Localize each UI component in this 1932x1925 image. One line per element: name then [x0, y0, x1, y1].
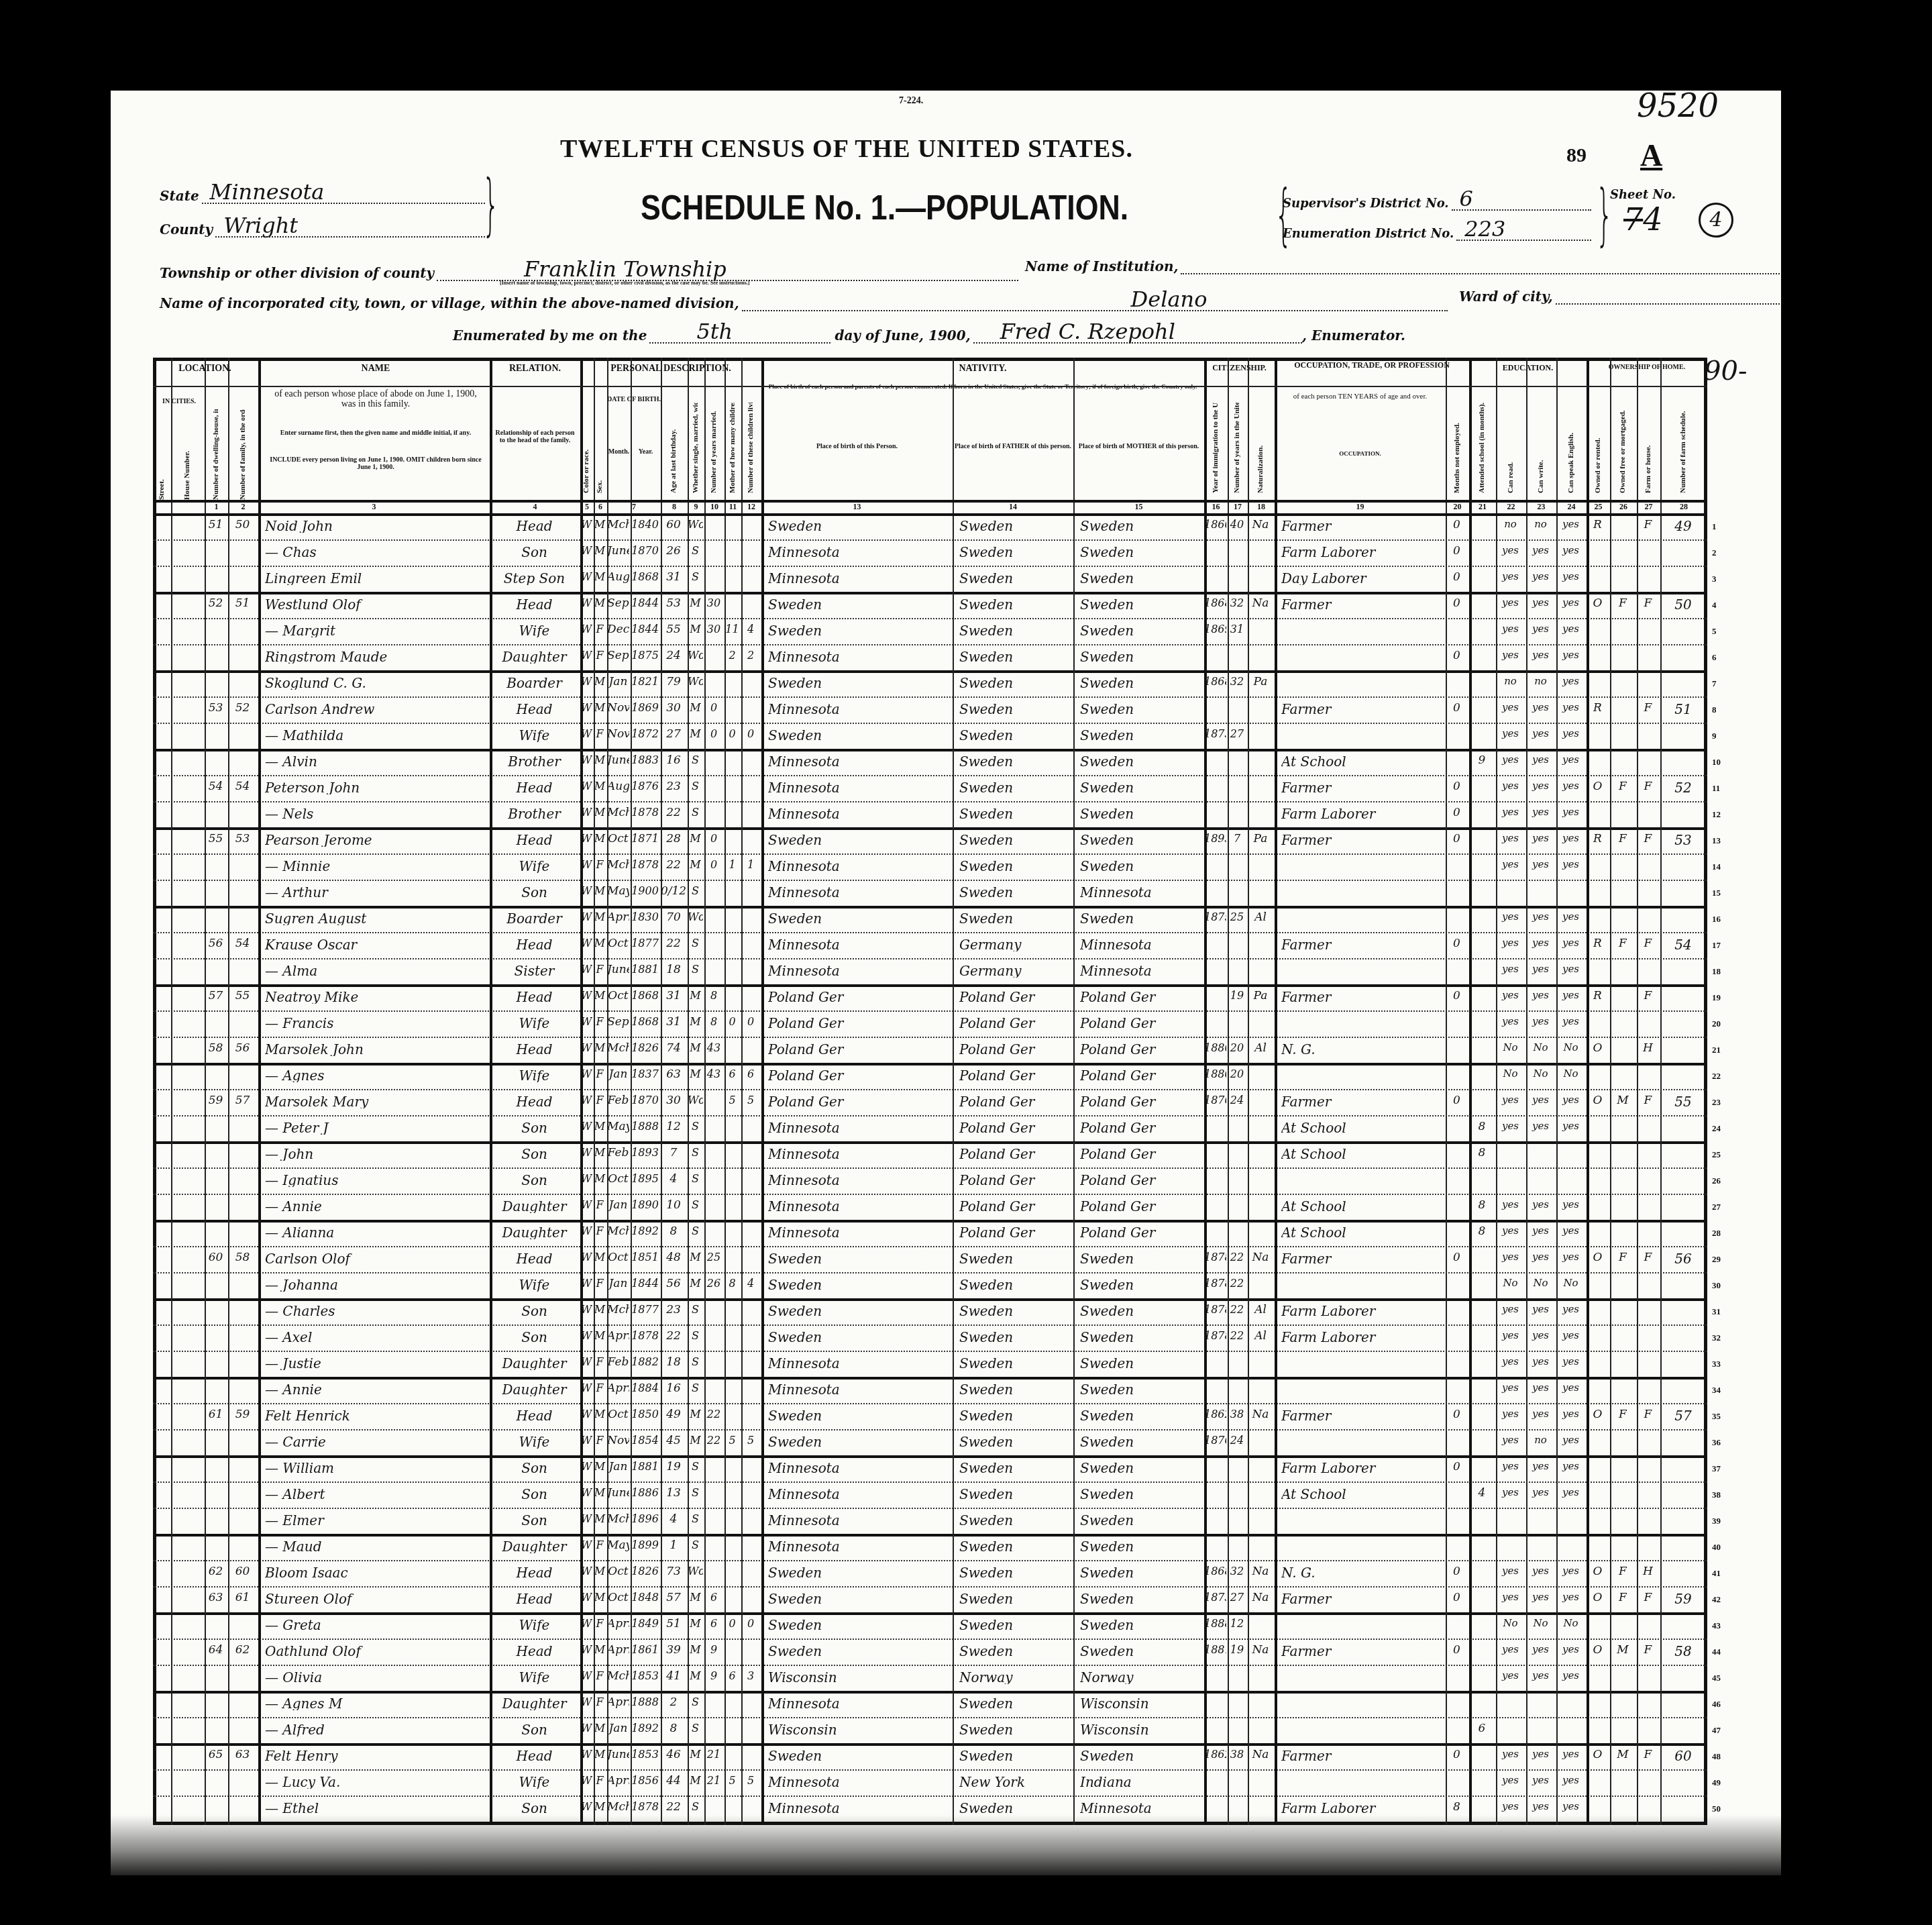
cell-mo: Mch [607, 1304, 629, 1316]
cell-ms: Wd [688, 912, 703, 923]
column-number: 23 [1526, 502, 1556, 512]
row-divider [153, 880, 1707, 881]
cell-name: — Johanna [265, 1278, 488, 1292]
column-number: 1 [205, 502, 228, 512]
cell-occ: At School [1281, 1121, 1444, 1135]
cell-pb: Minnesota [768, 1540, 951, 1553]
cell-rd: yes [1496, 860, 1525, 870]
township-label: Township or other division of county [160, 265, 434, 281]
date-of-birth-label: DATE OF BIRTH. [607, 396, 661, 403]
cell-cl: 5 [741, 1095, 760, 1106]
cell-pb: Sweden [768, 833, 951, 847]
header-rule [153, 500, 1707, 503]
cell-rd: yes [1496, 1488, 1525, 1498]
township-field: Township or other division of county Fra… [160, 258, 1018, 281]
row-divider [153, 1194, 1707, 1195]
cell-occ: Farmer [1281, 703, 1444, 716]
cell-or: O [1587, 1043, 1609, 1054]
column-divider [953, 358, 954, 1825]
cell-age: 73 [661, 1566, 686, 1577]
cell-mo: Mch [607, 519, 629, 531]
cell-iy: 1862 [1204, 1409, 1226, 1420]
cell-pm: Sweden [1080, 1409, 1203, 1422]
cell-age: 44 [661, 1775, 686, 1787]
cell-en: yes [1556, 1200, 1585, 1210]
cell-en: yes [1556, 1331, 1585, 1341]
cell-fam: 61 [228, 1592, 257, 1604]
cell-rel: Daughter [490, 1383, 579, 1396]
cell-fam: 54 [228, 781, 257, 792]
cell-sex: F [594, 1017, 606, 1027]
cell-mo: Dec [607, 624, 629, 635]
cell-mc: 5 [724, 1095, 740, 1106]
cell-fs: 50 [1660, 598, 1706, 611]
cell-mo: Nov [607, 703, 629, 714]
cell-fm: M [1610, 1095, 1635, 1106]
cell-pf: Sweden [959, 807, 1072, 821]
cell-ms: Wd [688, 1095, 703, 1106]
cell-age: 39 [661, 1645, 686, 1656]
cell-pm: Poland Ger [1080, 1200, 1203, 1213]
column-divider [724, 358, 726, 1825]
row-number: 14 [1712, 862, 1721, 872]
cell-en: yes [1556, 1802, 1585, 1812]
cell-wr: yes [1526, 1802, 1555, 1812]
cell-mo: April [607, 1618, 629, 1630]
cell-mo: Oct [607, 990, 629, 1002]
form-number: 7-224. [899, 96, 923, 107]
cell-mo: April [607, 1645, 629, 1656]
cell-pf: Sweden [959, 1618, 1072, 1632]
cell-age: 56 [661, 1278, 686, 1290]
column-divider [1446, 358, 1447, 1825]
cell-name: Carlson Olof [265, 1252, 488, 1265]
cell-wr: yes [1526, 833, 1555, 843]
cell-rd: no [1496, 676, 1525, 686]
cell-pb: Sweden [768, 1645, 951, 1658]
column-header-fam: Number of family, in the order of visita… [239, 409, 247, 500]
cell-occ: Farmer [1281, 833, 1444, 847]
cell-occ: Farmer [1281, 1252, 1444, 1265]
cell-ms: S [688, 1200, 703, 1210]
column-divider [761, 358, 764, 1825]
row-divider [153, 906, 1707, 908]
cell-pm: Sweden [1080, 1331, 1203, 1344]
cell-age: 10 [661, 1200, 686, 1211]
cell-ms: S [688, 964, 703, 975]
cell-ym: 30 [704, 624, 723, 635]
cell-ym: 22 [704, 1409, 723, 1420]
cell-rd: yes [1496, 1775, 1525, 1785]
cell-en: yes [1556, 912, 1585, 922]
row-number: 13 [1712, 835, 1721, 846]
cell-age: 41 [661, 1671, 686, 1682]
cell-pf: Sweden [959, 1514, 1072, 1527]
cell-rel: Head [490, 1749, 579, 1763]
cell-sex: M [594, 676, 606, 687]
cell-pf: Poland Ger [959, 990, 1072, 1004]
cell-fs: 51 [1660, 703, 1706, 716]
cell-name: — Justie [265, 1357, 488, 1370]
cell-ym: 21 [704, 1775, 723, 1786]
cell-nat: Na [1248, 1749, 1273, 1761]
cell-age: 79 [661, 676, 686, 688]
cell-pm: Poland Ger [1080, 1147, 1203, 1161]
cell-iy: 1878 [1204, 1331, 1226, 1341]
cell-pb: Sweden [768, 598, 951, 611]
state-value: Minnesota [202, 181, 485, 204]
row-number: 27 [1712, 1202, 1721, 1212]
cell-occ: Farmer [1281, 938, 1444, 951]
cell-mo: Aug [607, 781, 629, 792]
cell-pb: Minnesota [768, 1174, 951, 1187]
cell-iy: 1875 [1204, 912, 1226, 923]
cell-pm: Poland Ger [1080, 990, 1203, 1004]
cell-iy: 1876 [1204, 1095, 1226, 1106]
row-number: 6 [1712, 652, 1717, 663]
cell-pb: Minnesota [768, 938, 951, 951]
cell-pb: Sweden [768, 1304, 951, 1318]
cell-name: — Maud [265, 1540, 488, 1553]
cell-pf: Sweden [959, 1461, 1072, 1475]
ed-value: 223 [1456, 218, 1591, 241]
cell-rd: yes [1496, 1383, 1525, 1393]
cell-pm: Sweden [1080, 624, 1203, 637]
row-number: 41 [1712, 1568, 1721, 1579]
cell-ms: S [688, 1357, 703, 1367]
cell-fh: F [1637, 598, 1659, 609]
cell-name: — Charles [265, 1304, 488, 1318]
cell-mo: Oct [607, 1252, 629, 1263]
cell-sex: M [594, 1461, 606, 1472]
cell-rel: Head [490, 1645, 579, 1658]
county-field: County Wright [160, 215, 485, 238]
cell-yu: 31 [1228, 624, 1246, 635]
cell-pb: Sweden [768, 1252, 951, 1265]
cell-pb: Sweden [768, 519, 951, 533]
cell-ym: 8 [704, 990, 723, 1001]
cell-wr: No [1526, 1618, 1555, 1628]
cell-sex: F [594, 1278, 606, 1289]
cell-wr: yes [1526, 1200, 1555, 1210]
cell-rel: Wife [490, 1618, 579, 1632]
cell-rel: Step Son [490, 572, 579, 585]
cell-fm: F [1610, 1592, 1635, 1604]
cell-yu: 24 [1228, 1095, 1246, 1106]
cell-mu: 0 [1446, 519, 1468, 531]
column-number: 14 [953, 502, 1073, 512]
column-number: 8 [661, 502, 688, 512]
cell-en: yes [1556, 519, 1585, 529]
cell-ms: S [688, 781, 703, 792]
row-number: 19 [1712, 992, 1721, 1003]
cell-fam: 57 [228, 1095, 257, 1106]
cell-rd: yes [1496, 807, 1525, 817]
cell-name: Stureen Olof [265, 1592, 488, 1606]
cell-yr: 1893 [631, 1147, 659, 1158]
cell-ms: M [688, 624, 703, 635]
cell-fs: 59 [1660, 1592, 1706, 1606]
cell-wr: yes [1526, 572, 1555, 582]
cell-pb: Sweden [768, 624, 951, 637]
cell-sch: 9 [1469, 755, 1495, 766]
cell-rd: yes [1496, 572, 1525, 582]
cell-pm: Sweden [1080, 1645, 1203, 1658]
cell-fam: 51 [228, 598, 257, 609]
cell-pb: Sweden [768, 1278, 951, 1292]
cell-mo: Nov [607, 1435, 629, 1447]
cell-ms: M [688, 1645, 703, 1655]
cell-rd: yes [1496, 545, 1525, 556]
column-number: 7 [607, 502, 661, 512]
cell-pm: Sweden [1080, 545, 1203, 559]
row-number: 3 [1712, 574, 1717, 584]
cell-cl: 5 [741, 1775, 760, 1786]
row-number: 5 [1712, 626, 1717, 637]
cell-mo: Oct [607, 1566, 629, 1577]
cell-dw: 65 [205, 1749, 227, 1761]
cell-wr: No [1526, 1043, 1555, 1053]
cell-nat: Na [1248, 1409, 1273, 1420]
cell-fh: F [1637, 938, 1659, 949]
cell-pf: Poland Ger [959, 1043, 1072, 1056]
relation-description: Relationship of each person to the head … [493, 429, 577, 444]
cell-wr: yes [1526, 781, 1555, 791]
cell-pm: Sweden [1080, 1461, 1203, 1475]
cell-rel: Son [490, 1461, 579, 1475]
cell-wr: yes [1526, 1252, 1555, 1262]
cell-wr: yes [1526, 1566, 1555, 1576]
cell-or: O [1587, 598, 1609, 609]
enumerated-day: 5th [649, 321, 830, 344]
cell-cl: 2 [741, 650, 760, 661]
column-divider [1248, 358, 1249, 1825]
cell-pf: Sweden [959, 1592, 1072, 1606]
cell-nat: Na [1248, 1252, 1273, 1263]
column-header-fs: Number of farm schedule. [1679, 403, 1687, 493]
cell-age: 19 [661, 1461, 686, 1473]
cell-ym: 6 [704, 1592, 723, 1603]
row-number: 49 [1712, 1777, 1721, 1788]
cell-pf: New York [959, 1775, 1072, 1789]
cell-age: 22 [661, 1331, 686, 1342]
cell-pf: Sweden [959, 886, 1072, 899]
column-header-sex: Sex. [596, 403, 604, 493]
cell-en: yes [1556, 1121, 1585, 1131]
row-divider [153, 1089, 1707, 1090]
cell-rd: yes [1496, 1017, 1525, 1027]
cell-ms: S [688, 755, 703, 766]
row-number: 15 [1712, 888, 1721, 898]
row-divider [153, 958, 1707, 959]
cell-or: O [1587, 781, 1609, 792]
cell-yr: 1895 [631, 1174, 659, 1184]
cell-yr: 1856 [631, 1775, 659, 1786]
cell-yu: 27 [1228, 729, 1246, 739]
cell-en: yes [1556, 807, 1585, 817]
cell-pf: Sweden [959, 1278, 1072, 1292]
cell-pm: Sweden [1080, 833, 1203, 847]
township-note: [Insert name of township, town, precinct… [500, 280, 749, 286]
brace: } [482, 171, 499, 238]
cell-pb: Minnesota [768, 1147, 951, 1161]
cell-pm: Poland Ger [1080, 1174, 1203, 1187]
cell-rel: Boarder [490, 912, 579, 925]
cell-pf: Sweden [959, 1331, 1072, 1344]
cell-name: Marsolek John [265, 1043, 488, 1056]
column-divider [171, 358, 172, 1825]
cell-rel: Head [490, 1095, 579, 1108]
cell-yr: 1881 [631, 1461, 659, 1472]
cell-cl: 6 [741, 1069, 760, 1080]
cell-pb: Minnesota [768, 886, 951, 899]
row-number: 26 [1712, 1176, 1721, 1186]
cell-name: — Ethel [265, 1802, 488, 1815]
cell-wr: yes [1526, 1331, 1555, 1341]
sheet-number: 74 [1623, 201, 1663, 238]
cell-rel: Son [490, 1121, 579, 1135]
cell-yr: 1868 [631, 572, 659, 582]
row-number: 12 [1712, 809, 1721, 820]
row-number: 33 [1712, 1359, 1721, 1369]
cell-fh: F [1637, 1749, 1659, 1761]
cell-yr: 1886 [631, 1488, 659, 1498]
row-divider [153, 1717, 1707, 1718]
cell-rd: yes [1496, 650, 1525, 660]
cell-occ: At School [1281, 1488, 1444, 1501]
cell-dw: 60 [205, 1252, 227, 1263]
cell-name: Skoglund C. G. [265, 676, 488, 690]
cell-pf: Poland Ger [959, 1200, 1072, 1213]
cell-rel: Son [490, 545, 579, 559]
cell-yr: 1868 [631, 990, 659, 1001]
cell-occ: N. G. [1281, 1043, 1444, 1056]
cell-en: yes [1556, 598, 1585, 608]
cell-name: Noid John [265, 519, 488, 533]
cell-rel: Son [490, 1802, 579, 1815]
cell-pm: Sweden [1080, 912, 1203, 925]
cell-wr: yes [1526, 1383, 1555, 1393]
cell-yu: 20 [1228, 1069, 1246, 1080]
cell-mo: Sept [607, 1017, 629, 1028]
cell-pm: Sweden [1080, 1252, 1203, 1265]
cell-en: No [1556, 1278, 1585, 1288]
row-divider [153, 1743, 1707, 1746]
cell-pf: Sweden [959, 572, 1072, 585]
cell-rel: Wife [490, 1671, 579, 1684]
cell-ym: 8 [704, 1017, 723, 1027]
cell-fh: H [1637, 1566, 1659, 1577]
cell-fh: F [1637, 1645, 1659, 1656]
cell-nat: Na [1248, 1566, 1273, 1577]
row-number: 38 [1712, 1490, 1721, 1500]
cell-ms: M [688, 729, 703, 739]
row-divider [153, 1769, 1707, 1771]
cell-dw: 63 [205, 1592, 227, 1604]
cell-rd: yes [1496, 1095, 1525, 1105]
cell-name: — Nels [265, 807, 488, 821]
cell-sex: M [594, 1174, 606, 1184]
cell-mu: 0 [1446, 938, 1468, 949]
column-header-hn: House Number. [183, 409, 191, 500]
cell-pm: Sweden [1080, 755, 1203, 768]
cell-pb: Minnesota [768, 1461, 951, 1475]
ward-field: Ward of city, [1459, 289, 1780, 305]
column-header-en: Can speak English. [1567, 403, 1575, 493]
cell-en: yes [1556, 1592, 1585, 1602]
cell-mo: June [607, 964, 629, 976]
cell-iy: 1888 [1204, 1618, 1226, 1629]
row-number: 16 [1712, 914, 1721, 925]
cell-wr: yes [1526, 938, 1555, 948]
column-number: 21 [1469, 502, 1496, 512]
cell-wr: yes [1526, 1775, 1555, 1785]
cell-age: 31 [661, 572, 686, 583]
cell-pm: Sweden [1080, 1357, 1203, 1370]
cell-yu: 25 [1228, 912, 1246, 923]
cell-mo: Oct [607, 1409, 629, 1420]
cell-wr: yes [1526, 964, 1555, 974]
cell-age: 30 [661, 1095, 686, 1106]
column-header-fh: Farm or house. [1644, 403, 1652, 493]
cell-fam: 58 [228, 1252, 257, 1263]
row-divider [153, 618, 1707, 619]
cell-ms: M [688, 703, 703, 713]
cell-cl: 3 [741, 1671, 760, 1681]
township-value: Franklin Township [437, 258, 1018, 281]
row-divider [153, 1665, 1707, 1666]
cell-mo: June [607, 755, 629, 766]
cell-ms: M [688, 1749, 703, 1760]
column-number: 12 [741, 502, 761, 512]
cell-sex: M [594, 1592, 606, 1603]
row-number: 23 [1712, 1097, 1721, 1108]
cell-mo: Nov [607, 729, 629, 740]
cell-pf: Poland Ger [959, 1174, 1072, 1187]
column-divider [1204, 358, 1207, 1825]
cell-fam: 56 [228, 1043, 257, 1054]
cell-yr: 1861 [631, 1645, 659, 1655]
cell-mc: 0 [724, 1017, 740, 1027]
cell-en: yes [1556, 1488, 1585, 1498]
cell-ms: M [688, 1278, 703, 1289]
cell-rd: No [1496, 1069, 1525, 1079]
cell-age: 60 [661, 519, 686, 531]
row-divider [153, 1560, 1707, 1561]
cell-sex: M [594, 519, 606, 530]
cell-sex: M [594, 1566, 606, 1577]
year-label: Year. [631, 448, 661, 456]
cell-pb: Poland Ger [768, 1095, 951, 1108]
column-header-dw: Number of dwelling-house, in the order o… [212, 409, 220, 500]
cell-ms: M [688, 833, 703, 844]
row-number: 34 [1712, 1385, 1721, 1396]
cell-dw: 62 [205, 1566, 227, 1577]
cell-ym: 43 [704, 1043, 723, 1053]
cell-fh: F [1637, 519, 1659, 531]
cell-age: 22 [661, 807, 686, 819]
cell-ms: S [688, 1540, 703, 1551]
row-number: 36 [1712, 1437, 1721, 1448]
cell-nat: Na [1248, 1592, 1273, 1604]
cell-yr: 1876 [631, 781, 659, 792]
cell-yu: 32 [1228, 1566, 1246, 1577]
column-divider [1228, 358, 1229, 1825]
row-number: 32 [1712, 1333, 1721, 1343]
row-number: 28 [1712, 1228, 1721, 1239]
cell-pf: Sweden [959, 860, 1072, 873]
cell-en: yes [1556, 1775, 1585, 1785]
